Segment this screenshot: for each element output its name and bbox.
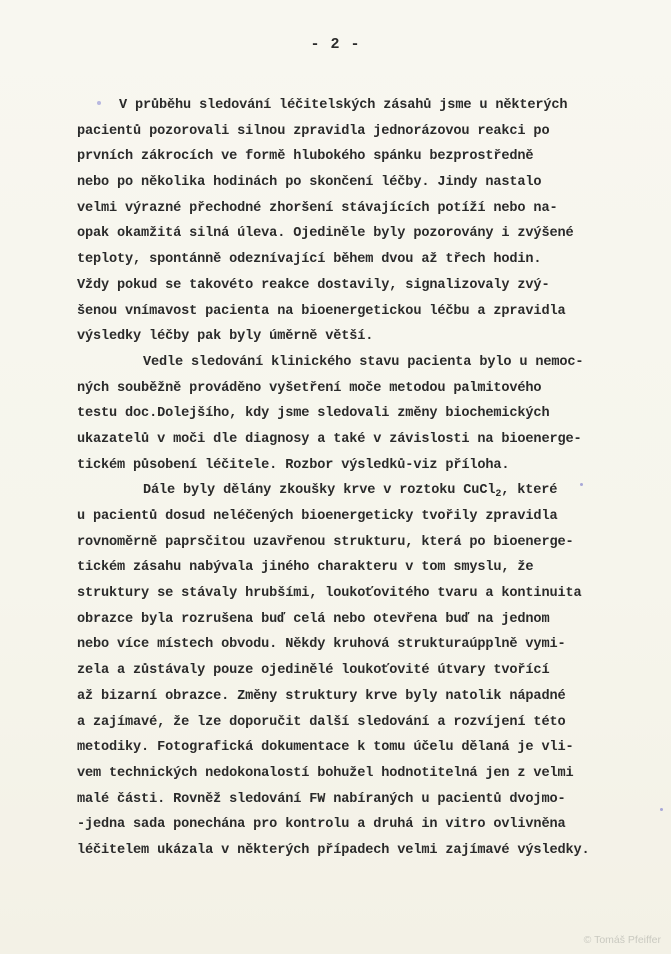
text-line: Dále byly dělány zkoušky krve v roztoku …: [77, 478, 637, 504]
text-line: šenou vnímavost pacienta na bioenergetic…: [77, 299, 637, 325]
text-line: V průběhu sledování léčitelských zásahů …: [77, 93, 637, 119]
copyright-watermark: © Tomáš Pfeiffer: [584, 934, 661, 946]
text-line: ných souběžně prováděno vyšetření moče m…: [77, 376, 637, 402]
text-line: prvních zákrocích ve formě hlubokého spá…: [77, 144, 637, 170]
text-line: pacientů pozorovali silnou zpravidla jed…: [77, 119, 637, 145]
line-text: Dále byly dělány zkoušky krve v roztoku …: [143, 483, 495, 498]
text-line: nebo po několika hodinách po skončení lé…: [77, 170, 637, 196]
ink-speck: [97, 101, 101, 105]
document-page: - 2 - V průběhu sledování léčitelských z…: [0, 0, 671, 954]
text-line: metodiky. Fotografická dokumentace k tom…: [77, 735, 637, 761]
ink-speck: [580, 483, 583, 486]
text-line: velmi výrazné přechodné zhoršení stávají…: [77, 196, 637, 222]
text-line: vem technických nedokonalostí bohužel ho…: [77, 761, 637, 787]
text-line: tickém působení léčitele. Rozbor výsledk…: [77, 453, 637, 479]
text-line: teploty, spontánně odeznívající během dv…: [77, 247, 637, 273]
ink-speck: [660, 808, 663, 811]
text-line: výsledky léčby pak byly úměrně větší.: [77, 324, 637, 350]
text-line: Vždy pokud se takovéto reakce dostavily,…: [77, 273, 637, 299]
text-line: a zajímavé, že lze doporučit další sledo…: [77, 710, 637, 736]
text-line: nebo více místech obvodu. Někdy kruhová …: [77, 632, 637, 658]
text-line: rovnoměrně paprsčitou uzavřenou struktur…: [77, 530, 637, 556]
page-number: - 2 -: [0, 36, 671, 53]
text-line: až bizarní obrazce. Změny struktury krve…: [77, 684, 637, 710]
text-line: tickém zásahu nabývala jiného charakteru…: [77, 555, 637, 581]
body-text: V průběhu sledování léčitelských zásahů …: [77, 93, 637, 864]
text-line: léčitelem ukázala v některých případech …: [77, 838, 637, 864]
line-text: V průběhu sledování léčitelských zásahů …: [119, 98, 567, 113]
text-line: ukazatelů v moči dle diagnosy a také v z…: [77, 427, 637, 453]
text-line: testu doc.Dolejšího, kdy jsme sledovali …: [77, 401, 637, 427]
line-text: , které: [501, 483, 557, 498]
text-line: struktury se stávaly hrubšími, loukoťovi…: [77, 581, 637, 607]
text-line: zela a zůstávaly pouze ojedinělé loukoťo…: [77, 658, 637, 684]
text-line: -jedna sada ponechána pro kontrolu a dru…: [77, 812, 637, 838]
text-line: u pacientů dosud neléčených bioenergetic…: [77, 504, 637, 530]
text-line: Vedle sledování klinického stavu pacient…: [77, 350, 637, 376]
text-line: malé části. Rovněž sledování FW nabíraný…: [77, 787, 637, 813]
text-line: obrazce byla rozrušena buď celá nebo ote…: [77, 607, 637, 633]
text-line: opak okamžitá silná úleva. Ojediněle byl…: [77, 221, 637, 247]
